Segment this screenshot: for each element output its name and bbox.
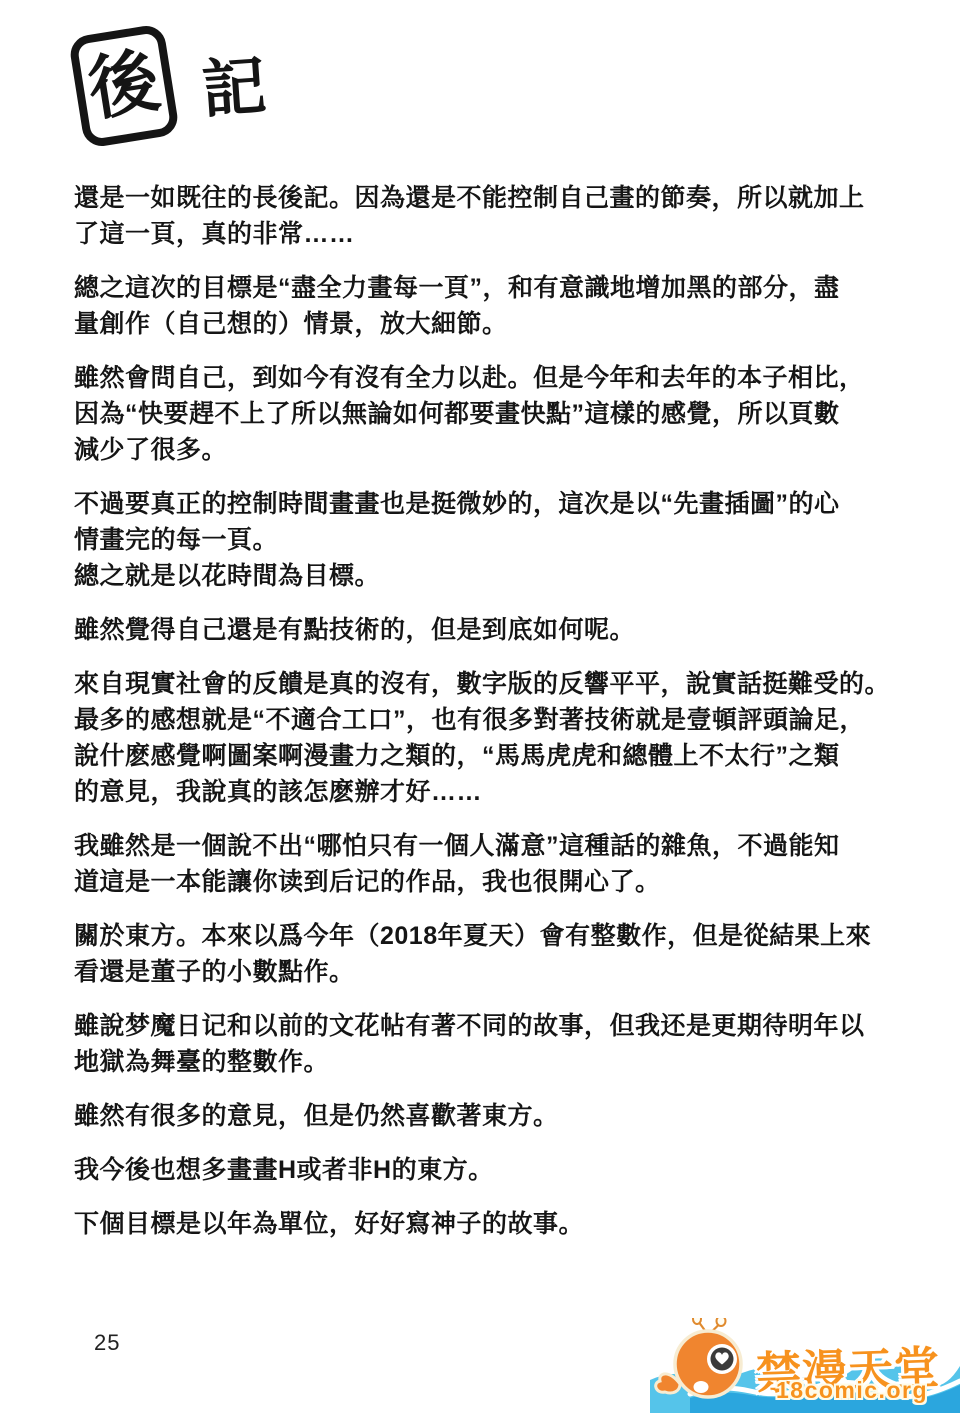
paragraph: 不過要真正的控制時間畫畫也是挺微妙的，這次是以“先畫插圖”的心 情畫完的每一頁。…: [74, 486, 910, 594]
paragraph: 關於東方。本來以爲今年（2018年夏天）會有整數作，但是從結果上來 看還是董子的…: [74, 918, 910, 990]
title-boxed-frame: 後: [68, 23, 180, 149]
afterword-page: 後 記 還是一如既往的長後記。因為還是不能控制自己畫的節奏，所以就加上 了這一頁…: [0, 0, 960, 1413]
paragraph: 總之這次的目標是“盡全力畫每一頁”，和有意識地增加黑的部分，盡 量創作（自己想的…: [74, 270, 910, 342]
paragraph: 我今後也想多畫畫H或者非H的東方。: [74, 1152, 910, 1188]
paragraph: 來自現實社會的反饋是真的沒有，數字版的反響平平，說實話挺難受的。 最多的感想就是…: [74, 666, 910, 810]
watermark-site-url: 18comic.org: [776, 1377, 928, 1404]
paragraph: 下個目標是以年為單位，好好寫神子的故事。: [74, 1206, 910, 1242]
paragraph: 我雖然是一個說不出“哪怕只有一個人滿意”這種話的雜魚，不過能知 道這是一本能讓你…: [74, 828, 910, 900]
afterword-text: 還是一如既往的長後記。因為還是不能控制自己畫的節奏，所以就加上 了這一頁，真的非…: [74, 180, 910, 1260]
page-number: 25: [94, 1330, 120, 1356]
paragraph: 還是一如既往的長後記。因為還是不能控制自己畫的節奏，所以就加上 了這一頁，真的非…: [74, 180, 910, 252]
title-second-char: 記: [200, 54, 268, 122]
paragraph: 雖然覺得自己還是有點技術的，但是到底如何呢。: [74, 612, 910, 648]
whale-mascot-icon: [650, 1318, 770, 1413]
paragraph: 雖說梦魔日记和以前的文花帖有著不同的故事，但我还是更期待明年以 地獄為舞臺的整數…: [74, 1008, 910, 1080]
paragraph: 雖然會問自己，到如今有沒有全力以赴。但是今年和去年的本子相比， 因為“快要趕不上…: [74, 360, 910, 468]
watermark-logo: 禁漫天堂 18comic.org: [650, 1318, 960, 1413]
title-boxed-char: 後: [84, 45, 164, 125]
paragraph: 雖然有很多的意見，但是仍然喜歡著東方。: [74, 1098, 910, 1134]
